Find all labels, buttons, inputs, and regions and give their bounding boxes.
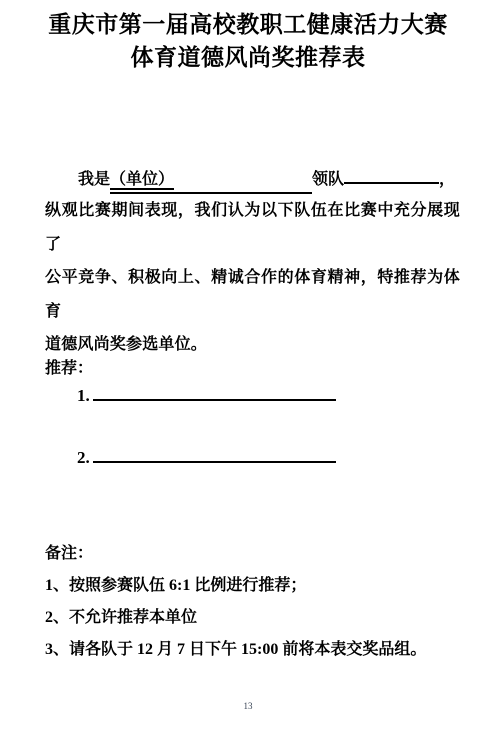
intro-paragraph: 纵观比赛期间表现，我们认为以下队伍在比赛中充分展现了 公平竞争、积极向上、精诚合… bbox=[45, 194, 460, 362]
notes-heading: 备注： bbox=[45, 538, 460, 570]
recommend-item-1-blank bbox=[93, 399, 336, 401]
recommend-item-1-number: 1. bbox=[77, 386, 90, 405]
leader-label: 领队 bbox=[312, 171, 344, 188]
intro-comma: ， bbox=[439, 171, 455, 188]
unit-fill-blank: （单位） bbox=[110, 168, 312, 194]
intro-prefix: 我是 bbox=[78, 171, 110, 188]
recommend-item-1: 1. bbox=[77, 386, 336, 406]
recommend-item-2-number: 2. bbox=[77, 448, 90, 467]
intro-line-4: 道德风尚奖参选单位。 bbox=[45, 328, 460, 362]
intro-line-2: 纵观比赛期间表现，我们认为以下队伍在比赛中充分展现了 bbox=[45, 194, 460, 261]
document-page: 重庆市第一届高校教职工健康活力大赛 体育道德风尚奖推荐表 我是（单位）领队， 纵… bbox=[0, 0, 496, 747]
intro-line-fill: 我是（单位）领队， bbox=[45, 168, 456, 194]
notes-section: 备注： 1、按照参赛队伍 6:1 比例进行推荐； 2、不允许推荐本单位 3、请各… bbox=[45, 538, 460, 666]
note-item-2: 2、不允许推荐本单位 bbox=[45, 602, 460, 634]
title-line-1: 重庆市第一届高校教职工健康活力大赛 bbox=[0, 8, 496, 41]
document-title: 重庆市第一届高校教职工健康活力大赛 体育道德风尚奖推荐表 bbox=[0, 8, 496, 74]
note-item-3: 3、请各队于 12 月 7 日下午 15:00 前将本表交奖品组。 bbox=[45, 634, 460, 666]
recommend-heading: 推荐： bbox=[45, 355, 93, 378]
title-line-2: 体育道德风尚奖推荐表 bbox=[0, 41, 496, 74]
recommend-item-2-blank bbox=[93, 461, 336, 463]
leader-fill-blank bbox=[344, 182, 439, 184]
recommend-item-2: 2. bbox=[77, 448, 336, 468]
unit-label: （单位） bbox=[110, 171, 174, 190]
intro-line-3: 公平竞争、积极向上、精诚合作的体育精神，特推荐为体育 bbox=[45, 261, 460, 328]
page-number: 13 bbox=[0, 701, 496, 711]
note-item-1: 1、按照参赛队伍 6:1 比例进行推荐； bbox=[45, 570, 460, 602]
